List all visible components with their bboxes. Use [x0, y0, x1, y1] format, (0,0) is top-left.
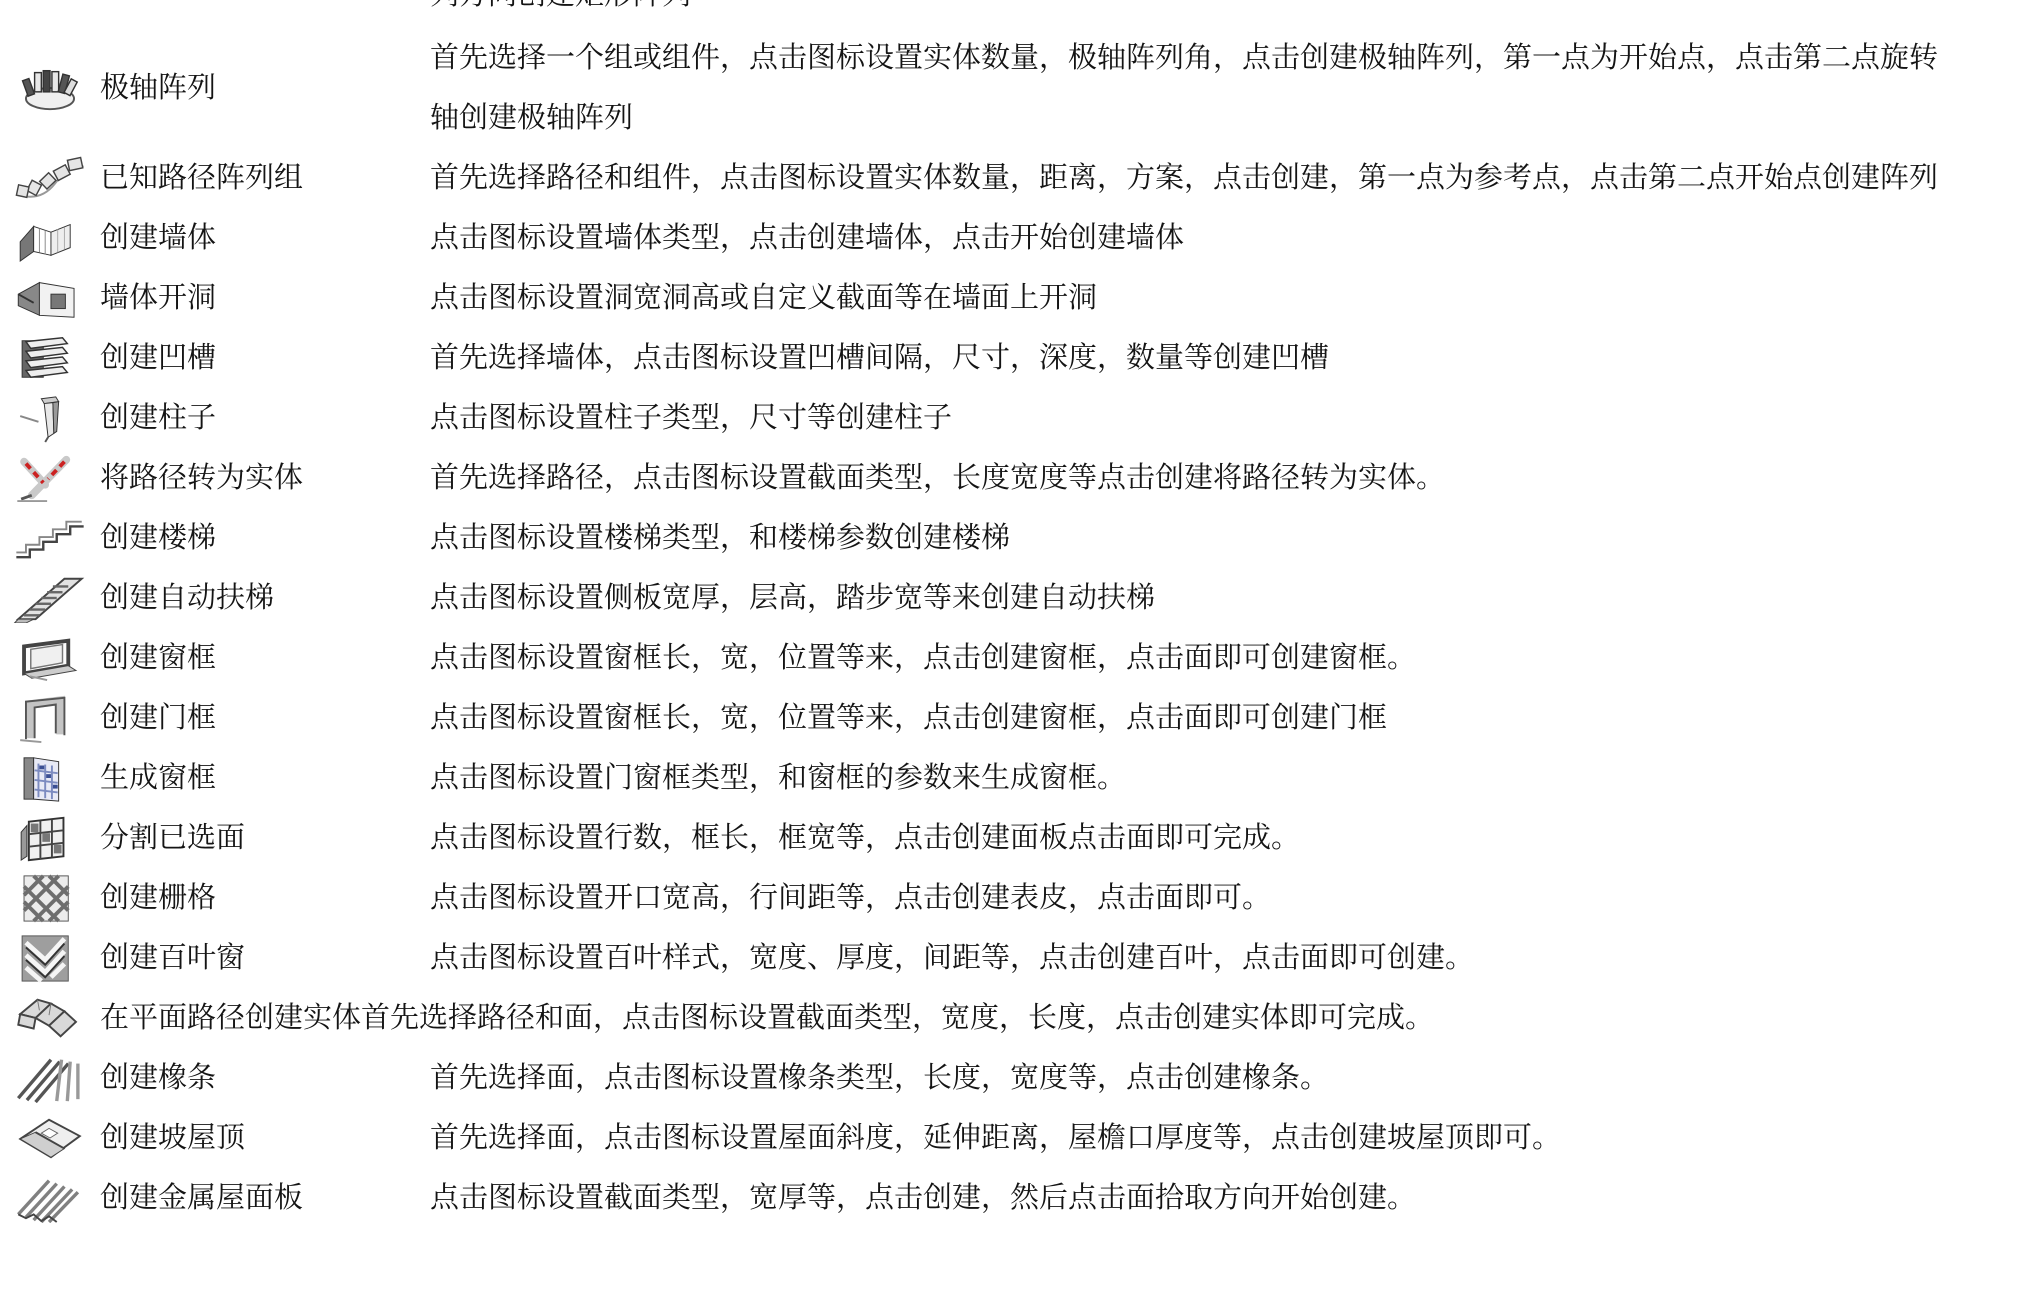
- create-column-icon: [12, 393, 88, 443]
- tool-name: 创建墙体: [100, 208, 430, 268]
- tool-description: 点击图标设置截面类型，宽厚等，点击创建，然后点击面拾取方向开始创建。: [430, 1168, 2018, 1228]
- tool-row: 已知路径阵列组 首先选择路径和组件，点击图标设置实体数量，距离，方案，点击创建，…: [0, 148, 2018, 208]
- planar-path-solid-icon: [12, 993, 88, 1043]
- tool-description: 点击图标设置柱子类型，尺寸等创建柱子: [430, 388, 2018, 448]
- tool-row: 生成窗框 点击图标设置门窗框类型，和窗框的参数来生成窗框。: [0, 748, 2018, 808]
- tool-description: 首先选择面，点击图标设置屋面斜度，延伸距离，屋檐口厚度等，点击创建坡屋顶即可。: [430, 1108, 2018, 1168]
- tool-description: 点击图标设置楼梯类型，和楼梯参数创建楼梯: [430, 508, 2018, 568]
- tool-description: 点击图标设置开口宽高，行间距等，点击创建表皮，点击面即可。: [430, 868, 2018, 928]
- create-metal-roof-panel-icon: [12, 1173, 88, 1223]
- tool-name: 创建栅格: [100, 868, 430, 928]
- tool-row: 在平面路径创建实体 首先选择路径和面，点击图标设置截面类型，宽度，长度，点击创建…: [0, 988, 2018, 1048]
- tool-description: 首先选择路径和面，点击图标设置截面类型，宽度，长度，点击创建实体即可完成。: [361, 988, 2018, 1048]
- create-louver-icon: [12, 933, 88, 983]
- create-wall-icon: [12, 213, 88, 263]
- path-array-icon: [12, 153, 88, 203]
- generate-window-frame-icon: [12, 753, 88, 803]
- tool-description: 点击图标设置行数，框长，框宽等，点击创建面板点击面即可完成。: [430, 808, 2018, 868]
- create-stairs-icon: [12, 513, 88, 563]
- create-groove-icon: [12, 333, 88, 383]
- tool-description: 点击图标设置窗框长，宽，位置等来，点击创建窗框，点击面即可创建窗框。: [430, 628, 2018, 688]
- tool-description: 首先选择路径，点击图标设置截面类型，长度宽度等点击创建将路径转为实体。: [430, 448, 2018, 508]
- tool-name: 创建金属屋面板: [100, 1168, 430, 1228]
- tool-row: 创建橡条 首先选择面，点击图标设置橡条类型，长度，宽度等，点击创建橡条。: [0, 1048, 2018, 1108]
- tool-table: 极轴阵列 首先选择一个组或组件，点击图标设置实体数量，极轴阵列角，点击创建极轴阵…: [0, 28, 2018, 1228]
- tool-row: 分割已选面 点击图标设置行数，框长，框宽等，点击创建面板点击面即可完成。: [0, 808, 2018, 868]
- tool-row: 创建门框 点击图标设置窗框长，宽，位置等来，点击创建窗框，点击面即可创建门框: [0, 688, 2018, 748]
- create-grid-icon: [12, 873, 88, 923]
- tool-name: 创建窗框: [100, 628, 430, 688]
- tool-name: 分割已选面: [100, 808, 430, 868]
- path-to-solid-icon: [12, 453, 88, 503]
- tool-reference-page: 列方向创建矩形阵列 极轴阵列 首先选择一个组或组件，点击图标设置实体数量，极轴阵…: [0, 0, 2018, 1302]
- tool-name: 墙体开洞: [100, 268, 430, 328]
- tool-name: 创建门框: [100, 688, 430, 748]
- polar-array-icon: [12, 63, 88, 113]
- tool-row: 创建楼梯 点击图标设置楼梯类型，和楼梯参数创建楼梯: [0, 508, 2018, 568]
- tool-row: 创建柱子 点击图标设置柱子类型，尺寸等创建柱子: [0, 388, 2018, 448]
- tool-description: 点击图标设置百叶样式，宽度、厚度，间距等，点击创建百叶，点击面即可创建。: [430, 928, 2018, 988]
- clipped-text-line: 列方向创建矩形阵列: [430, 0, 2018, 16]
- tool-name: 创建橡条: [100, 1048, 430, 1108]
- tool-description: 首先选择路径和组件，点击图标设置实体数量，距离，方案，点击创建，第一点为参考点，…: [430, 148, 2018, 208]
- tool-row: 墙体开洞 点击图标设置洞宽洞高或自定义截面等在墙面上开洞: [0, 268, 2018, 328]
- create-window-frame-icon: [12, 633, 88, 683]
- tool-name: 将路径转为实体: [100, 448, 430, 508]
- split-selected-face-icon: [12, 813, 88, 863]
- create-hip-roof-icon: [12, 1113, 88, 1163]
- clipped-previous-row: 列方向创建矩形阵列: [0, 0, 2018, 16]
- tool-description: 首先选择墙体，点击图标设置凹槽间隔，尺寸，深度，数量等创建凹槽: [430, 328, 2018, 388]
- tool-row: 将路径转为实体 首先选择路径，点击图标设置截面类型，长度宽度等点击创建将路径转为…: [0, 448, 2018, 508]
- create-rafter-icon: [12, 1053, 88, 1103]
- tool-row: 极轴阵列 首先选择一个组或组件，点击图标设置实体数量，极轴阵列角，点击创建极轴阵…: [0, 28, 2018, 148]
- tool-row: 创建墙体 点击图标设置墙体类型，点击创建墙体，点击开始创建墙体: [0, 208, 2018, 268]
- tool-row: 创建自动扶梯 点击图标设置侧板宽厚，层高，踏步宽等来创建自动扶梯: [0, 568, 2018, 628]
- tool-row: 创建窗框 点击图标设置窗框长，宽，位置等来，点击创建窗框，点击面即可创建窗框。: [0, 628, 2018, 688]
- tool-name: 生成窗框: [100, 748, 430, 808]
- tool-row: 创建金属屋面板 点击图标设置截面类型，宽厚等，点击创建，然后点击面拾取方向开始创…: [0, 1168, 2018, 1228]
- tool-row: 创建凹槽 首先选择墙体，点击图标设置凹槽间隔，尺寸，深度，数量等创建凹槽: [0, 328, 2018, 388]
- tool-name: 在平面路径创建实体: [100, 988, 361, 1048]
- tool-name: 已知路径阵列组: [100, 148, 430, 208]
- tool-name: 创建楼梯: [100, 508, 430, 568]
- tool-row: 创建栅格 点击图标设置开口宽高，行间距等，点击创建表皮，点击面即可。: [0, 868, 2018, 928]
- create-door-frame-icon: [12, 693, 88, 743]
- tool-description: 点击图标设置门窗框类型，和窗框的参数来生成窗框。: [430, 748, 2018, 808]
- tool-description: 首先选择一个组或组件，点击图标设置实体数量，极轴阵列角，点击创建极轴阵列，第一点…: [430, 28, 2018, 148]
- tool-description: 首先选择面，点击图标设置橡条类型，长度，宽度等，点击创建橡条。: [430, 1048, 2018, 1108]
- wall-opening-icon: [12, 273, 88, 323]
- tool-name: 创建凹槽: [100, 328, 430, 388]
- tool-name: 极轴阵列: [100, 58, 430, 118]
- tool-description: 点击图标设置窗框长，宽，位置等来，点击创建窗框，点击面即可创建门框: [430, 688, 2018, 748]
- tool-name: 创建坡屋顶: [100, 1108, 430, 1168]
- tool-name: 创建自动扶梯: [100, 568, 430, 628]
- tool-description: 点击图标设置侧板宽厚，层高，踏步宽等来创建自动扶梯: [430, 568, 2018, 628]
- tool-description: 点击图标设置洞宽洞高或自定义截面等在墙面上开洞: [430, 268, 2018, 328]
- tool-description: 点击图标设置墙体类型，点击创建墙体，点击开始创建墙体: [430, 208, 2018, 268]
- tool-row: 创建百叶窗 点击图标设置百叶样式，宽度、厚度，间距等，点击创建百叶，点击面即可创…: [0, 928, 2018, 988]
- tool-name: 创建柱子: [100, 388, 430, 448]
- create-escalator-icon: [12, 573, 88, 623]
- tool-row: 创建坡屋顶 首先选择面，点击图标设置屋面斜度，延伸距离，屋檐口厚度等，点击创建坡…: [0, 1108, 2018, 1168]
- tool-name: 创建百叶窗: [100, 928, 430, 988]
